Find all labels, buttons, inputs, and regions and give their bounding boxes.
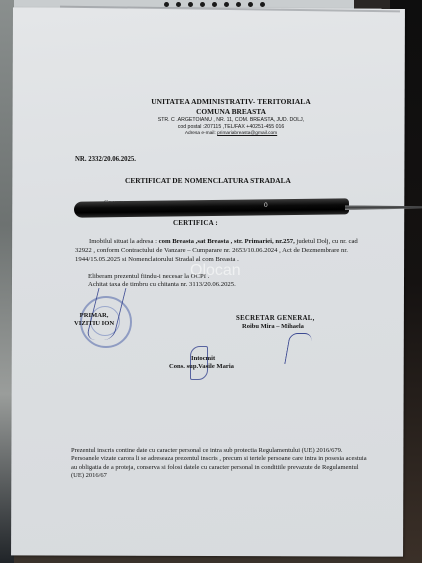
institution-email-line: Adresa e-mail: primariabreasta@gmail.com — [20, 131, 422, 136]
watermark: Olocan — [190, 262, 241, 280]
property-address-prefix: Imobilul situat la adresa : — [89, 238, 157, 245]
pen-marking: 0 — [264, 202, 268, 209]
gdpr-notice: Prezentul inscris contine date cu caract… — [71, 447, 371, 480]
secretar-label: SECRETAR GENERAL, — [236, 315, 315, 322]
primar-name: VIZITIU ION — [74, 320, 114, 328]
primar-label: PRIMAR, — [74, 312, 114, 320]
body-paragraph-fee: Achitat taxa de timbru cu chitanta nr. 3… — [88, 281, 378, 290]
institution-title: UNITATEA ADMINISTRATIV- TERITORIALA — [20, 97, 422, 106]
secretar-name: Roibu Mira – Mihaela — [242, 323, 304, 330]
institution-subtitle: COMUNA BREASTA — [20, 107, 422, 116]
binder-holes — [164, 2, 265, 7]
body-paragraph-property: Imobilul situat la adresa : com Breasta … — [75, 238, 365, 264]
intocmit-label: Intocmit — [191, 355, 215, 362]
institution-address: STR. C .ARGETOIANU , NR. 11, COM. BREAST… — [20, 117, 422, 123]
email-label: Adresa e-mail: — [185, 131, 216, 136]
document-title: CERTIFICAT DE NOMENCLATURA STRADALA — [125, 176, 291, 185]
primar-signature-block: PRIMAR, VIZITIU ION — [74, 312, 114, 328]
property-address: com Breasta ,sat Breasta , str. Primarie… — [157, 238, 295, 245]
reference-number: NR. 2332/20.06.2025. — [75, 156, 136, 163]
institution-postal: cod postal :207115 ,TEL/FAX +40251-455 0… — [20, 124, 422, 130]
intocmit-name: Cons. sup.Vasile Maria — [169, 363, 234, 370]
certifica-heading: CERTIFICA : — [173, 219, 218, 227]
pen-object — [74, 198, 349, 217]
email-link[interactable]: primariabreasta@gmail.com — [217, 131, 277, 136]
